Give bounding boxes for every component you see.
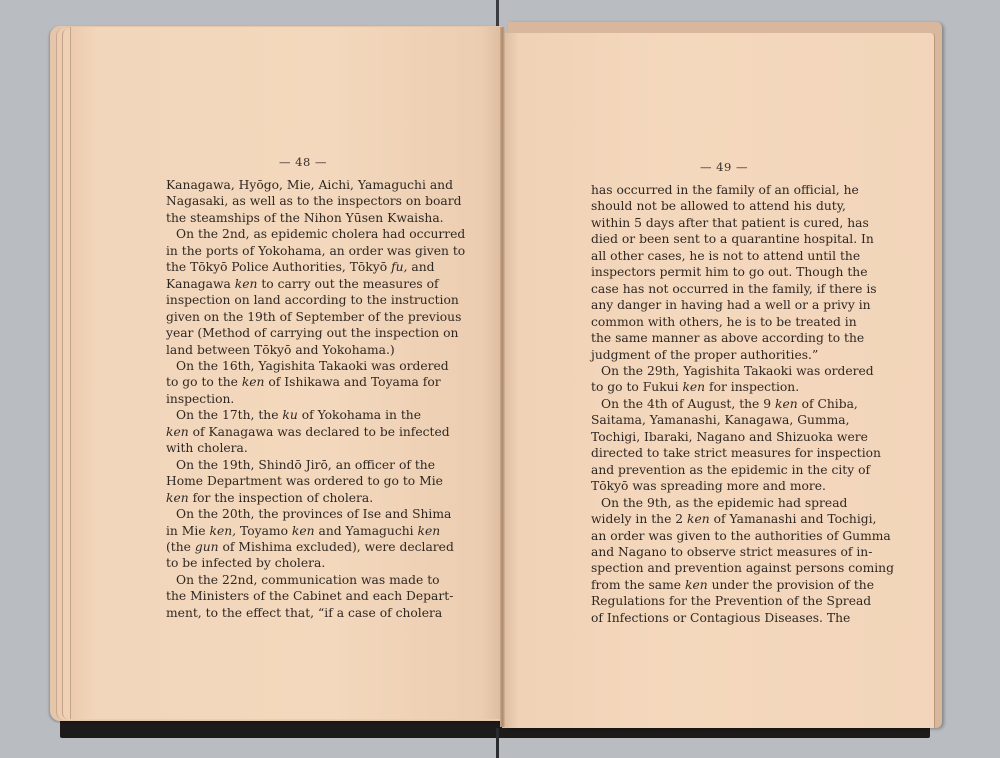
text-line: with cholera. [166, 440, 418, 456]
left-page-text: Kanagawa, Hyōgo, Mie, Aichi, Yamaguchi a… [166, 177, 418, 621]
text-line: spection and prevention against persons … [591, 560, 846, 576]
text-line: On the 22nd, communication was made to [166, 572, 418, 588]
text-line: Kanagawa, Hyōgo, Mie, Aichi, Yamaguchi a… [166, 177, 418, 193]
text-line: given on the 19th of September of the pr… [166, 309, 418, 325]
text-line: to go to the ken of Ishikawa and Toyama … [166, 374, 418, 390]
text-line: Tōkyō was spreading more and more. [591, 478, 846, 494]
text-line: the Tōkyō Police Authorities, Tōkyō fu, … [166, 259, 418, 275]
text-line: in the ports of Yokohama, an order was g… [166, 243, 418, 259]
text-line: On the 16th, Yagishita Takaoki was order… [166, 358, 418, 374]
text-line: judgment of the proper authorities.” [591, 347, 846, 363]
text-line: the steamships of the Nihon Yūsen Kwaish… [166, 210, 418, 226]
page-number-right: — 49 — [700, 160, 748, 174]
text-line: On the 19th, Shindō Jirō, an officer of … [166, 457, 418, 473]
text-line: any danger in having had a well or a pri… [591, 297, 846, 313]
page-number-left: — 48 — [279, 155, 327, 169]
text-line: Nagasaki, as well as to the inspectors o… [166, 193, 418, 209]
right-page-text: has occurred in the family of an officia… [591, 182, 846, 626]
text-line: died or been sent to a quarantine hospit… [591, 231, 846, 247]
text-line: to go to Fukui ken for inspection. [591, 379, 846, 395]
text-line: On the 4th of August, the 9 ken of Chiba… [591, 396, 846, 412]
background-seam-bottom [496, 728, 499, 758]
text-line: Saitama, Yamanashi, Kanagawa, Gumma, [591, 412, 846, 428]
text-line: of Infections or Contagious Diseases. Th… [591, 610, 846, 626]
text-line: Kanagawa ken to carry out the measures o… [166, 276, 418, 292]
text-line: common with others, he is to be treated … [591, 314, 846, 330]
text-line: (the gun of Mishima excluded), were decl… [166, 539, 418, 555]
text-line: ken of Kanagawa was declared to be infec… [166, 424, 418, 440]
text-line: within 5 days after that patient is cure… [591, 215, 846, 231]
text-line: On the 20th, the provinces of Ise and Sh… [166, 506, 418, 522]
text-line: the same manner as above according to th… [591, 330, 846, 346]
text-line: and Nagano to observe strict measures of… [591, 544, 846, 560]
book-gutter [500, 27, 505, 727]
text-line: land between Tōkyō and Yokohama.) [166, 342, 418, 358]
text-line: Home Department was ordered to go to Mie [166, 473, 418, 489]
text-line: ment, to the effect that, “if a case of … [166, 605, 418, 621]
text-line: Tochigi, Ibaraki, Nagano and Shizuoka we… [591, 429, 846, 445]
text-line: On the 17th, the ku of Yokohama in the [166, 407, 418, 423]
text-line: from the same ken under the provision of… [591, 577, 846, 593]
text-line: inspection. [166, 391, 418, 407]
text-line: On the 29th, Yagishita Takaoki was order… [591, 363, 846, 379]
text-line: directed to take strict measures for ins… [591, 445, 846, 461]
text-line: On the 9th, as the epidemic had spread [591, 495, 846, 511]
text-line: an order was given to the authorities of… [591, 528, 846, 544]
text-line: should not be allowed to attend his duty… [591, 198, 846, 214]
text-line: ken for the inspection of cholera. [166, 490, 418, 506]
text-line: case has not occurred in the family, if … [591, 281, 846, 297]
text-line: has occurred in the family of an officia… [591, 182, 846, 198]
text-line: inspection on land according to the inst… [166, 292, 418, 308]
text-line: to be infected by cholera. [166, 555, 418, 571]
text-line: inspectors permit him to go out. Though … [591, 264, 846, 280]
text-line: in Mie ken, Toyamo ken and Yamaguchi ken [166, 523, 418, 539]
text-line: widely in the 2 ken of Yamanashi and Toc… [591, 511, 846, 527]
text-line: On the 2nd, as epidemic cholera had occu… [166, 226, 418, 242]
text-line: and prevention as the epidemic in the ci… [591, 462, 846, 478]
text-line: Regulations for the Prevention of the Sp… [591, 593, 846, 609]
text-line: year (Method of carrying out the inspect… [166, 325, 418, 341]
text-line: the Ministers of the Cabinet and each De… [166, 588, 418, 604]
text-line: all other cases, he is not to attend unt… [591, 248, 846, 264]
